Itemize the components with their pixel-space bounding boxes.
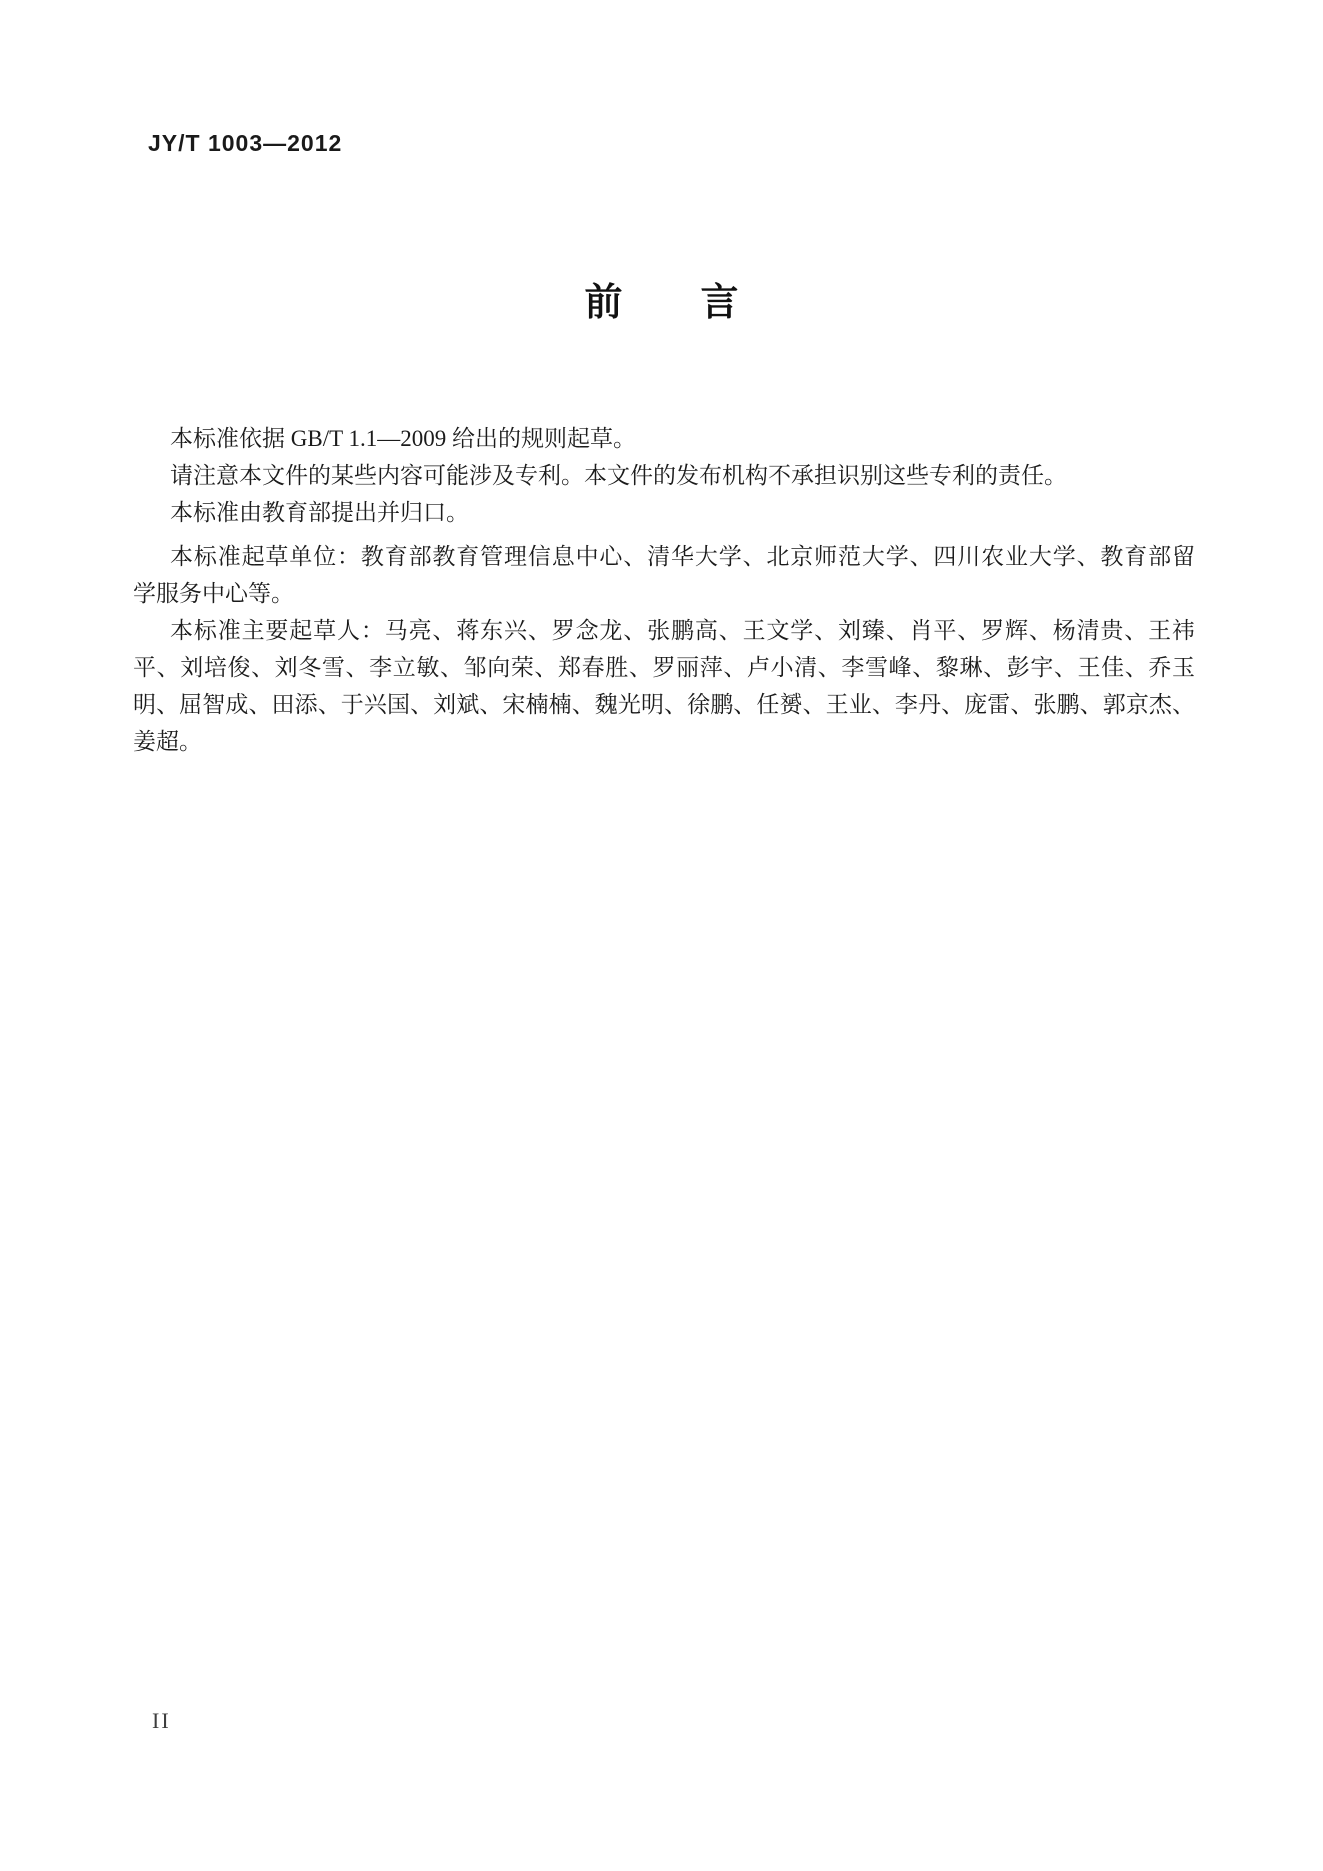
paragraph: 本标准依据 GB/T 1.1—2009 给出的规则起草。 — [133, 420, 1195, 457]
title-char-yan: 言 — [701, 278, 739, 328]
document-page: JY/T 1003—2012 前 言 本标准依据 GB/T 1.1—2009 给… — [0, 0, 1323, 1871]
paragraph-line: 平、刘培俊、刘冬雪、李立敏、邹向荣、郑春胜、罗丽萍、卢小清、李雪峰、黎琳、彭宇、… — [133, 649, 1195, 686]
title-char-qian: 前 — [584, 278, 622, 328]
page-title: 前 言 — [0, 278, 1323, 328]
paragraph-line: 明、屈智成、田添、于兴国、刘斌、宋楠楠、魏光明、徐鹏、任赟、王业、李丹、庞雷、张… — [133, 686, 1195, 723]
paragraph-line: 学服务中心等。 — [133, 575, 1195, 612]
paragraph: 本标准主要起草人：马亮、蒋东兴、罗念龙、张鹏高、王文学、刘臻、肖平、罗辉、杨清贵… — [133, 612, 1195, 760]
paragraph-line: 本标准由教育部提出并归口。 — [133, 494, 1195, 531]
paragraph: 请注意本文件的某些内容可能涉及专利。本文件的发布机构不承担识别这些专利的责任。 — [133, 457, 1195, 494]
paragraph: 本标准由教育部提出并归口。 — [133, 494, 1195, 531]
paragraph-line: 本标准依据 GB/T 1.1—2009 给出的规则起草。 — [133, 420, 1195, 457]
standard-code: JY/T 1003—2012 — [148, 130, 342, 157]
paragraph-line: 本标准主要起草人：马亮、蒋东兴、罗念龙、张鹏高、王文学、刘臻、肖平、罗辉、杨清贵… — [133, 612, 1195, 649]
paragraph-line: 姜超。 — [133, 723, 1195, 760]
document-body: 本标准依据 GB/T 1.1—2009 给出的规则起草。请注意本文件的某些内容可… — [133, 420, 1195, 760]
paragraph-line: 请注意本文件的某些内容可能涉及专利。本文件的发布机构不承担识别这些专利的责任。 — [133, 457, 1195, 494]
paragraph: 本标准起草单位：教育部教育管理信息中心、清华大学、北京师范大学、四川农业大学、教… — [133, 538, 1195, 612]
paragraph-line: 本标准起草单位：教育部教育管理信息中心、清华大学、北京师范大学、四川农业大学、教… — [133, 538, 1195, 575]
page-number: II — [152, 1708, 171, 1734]
